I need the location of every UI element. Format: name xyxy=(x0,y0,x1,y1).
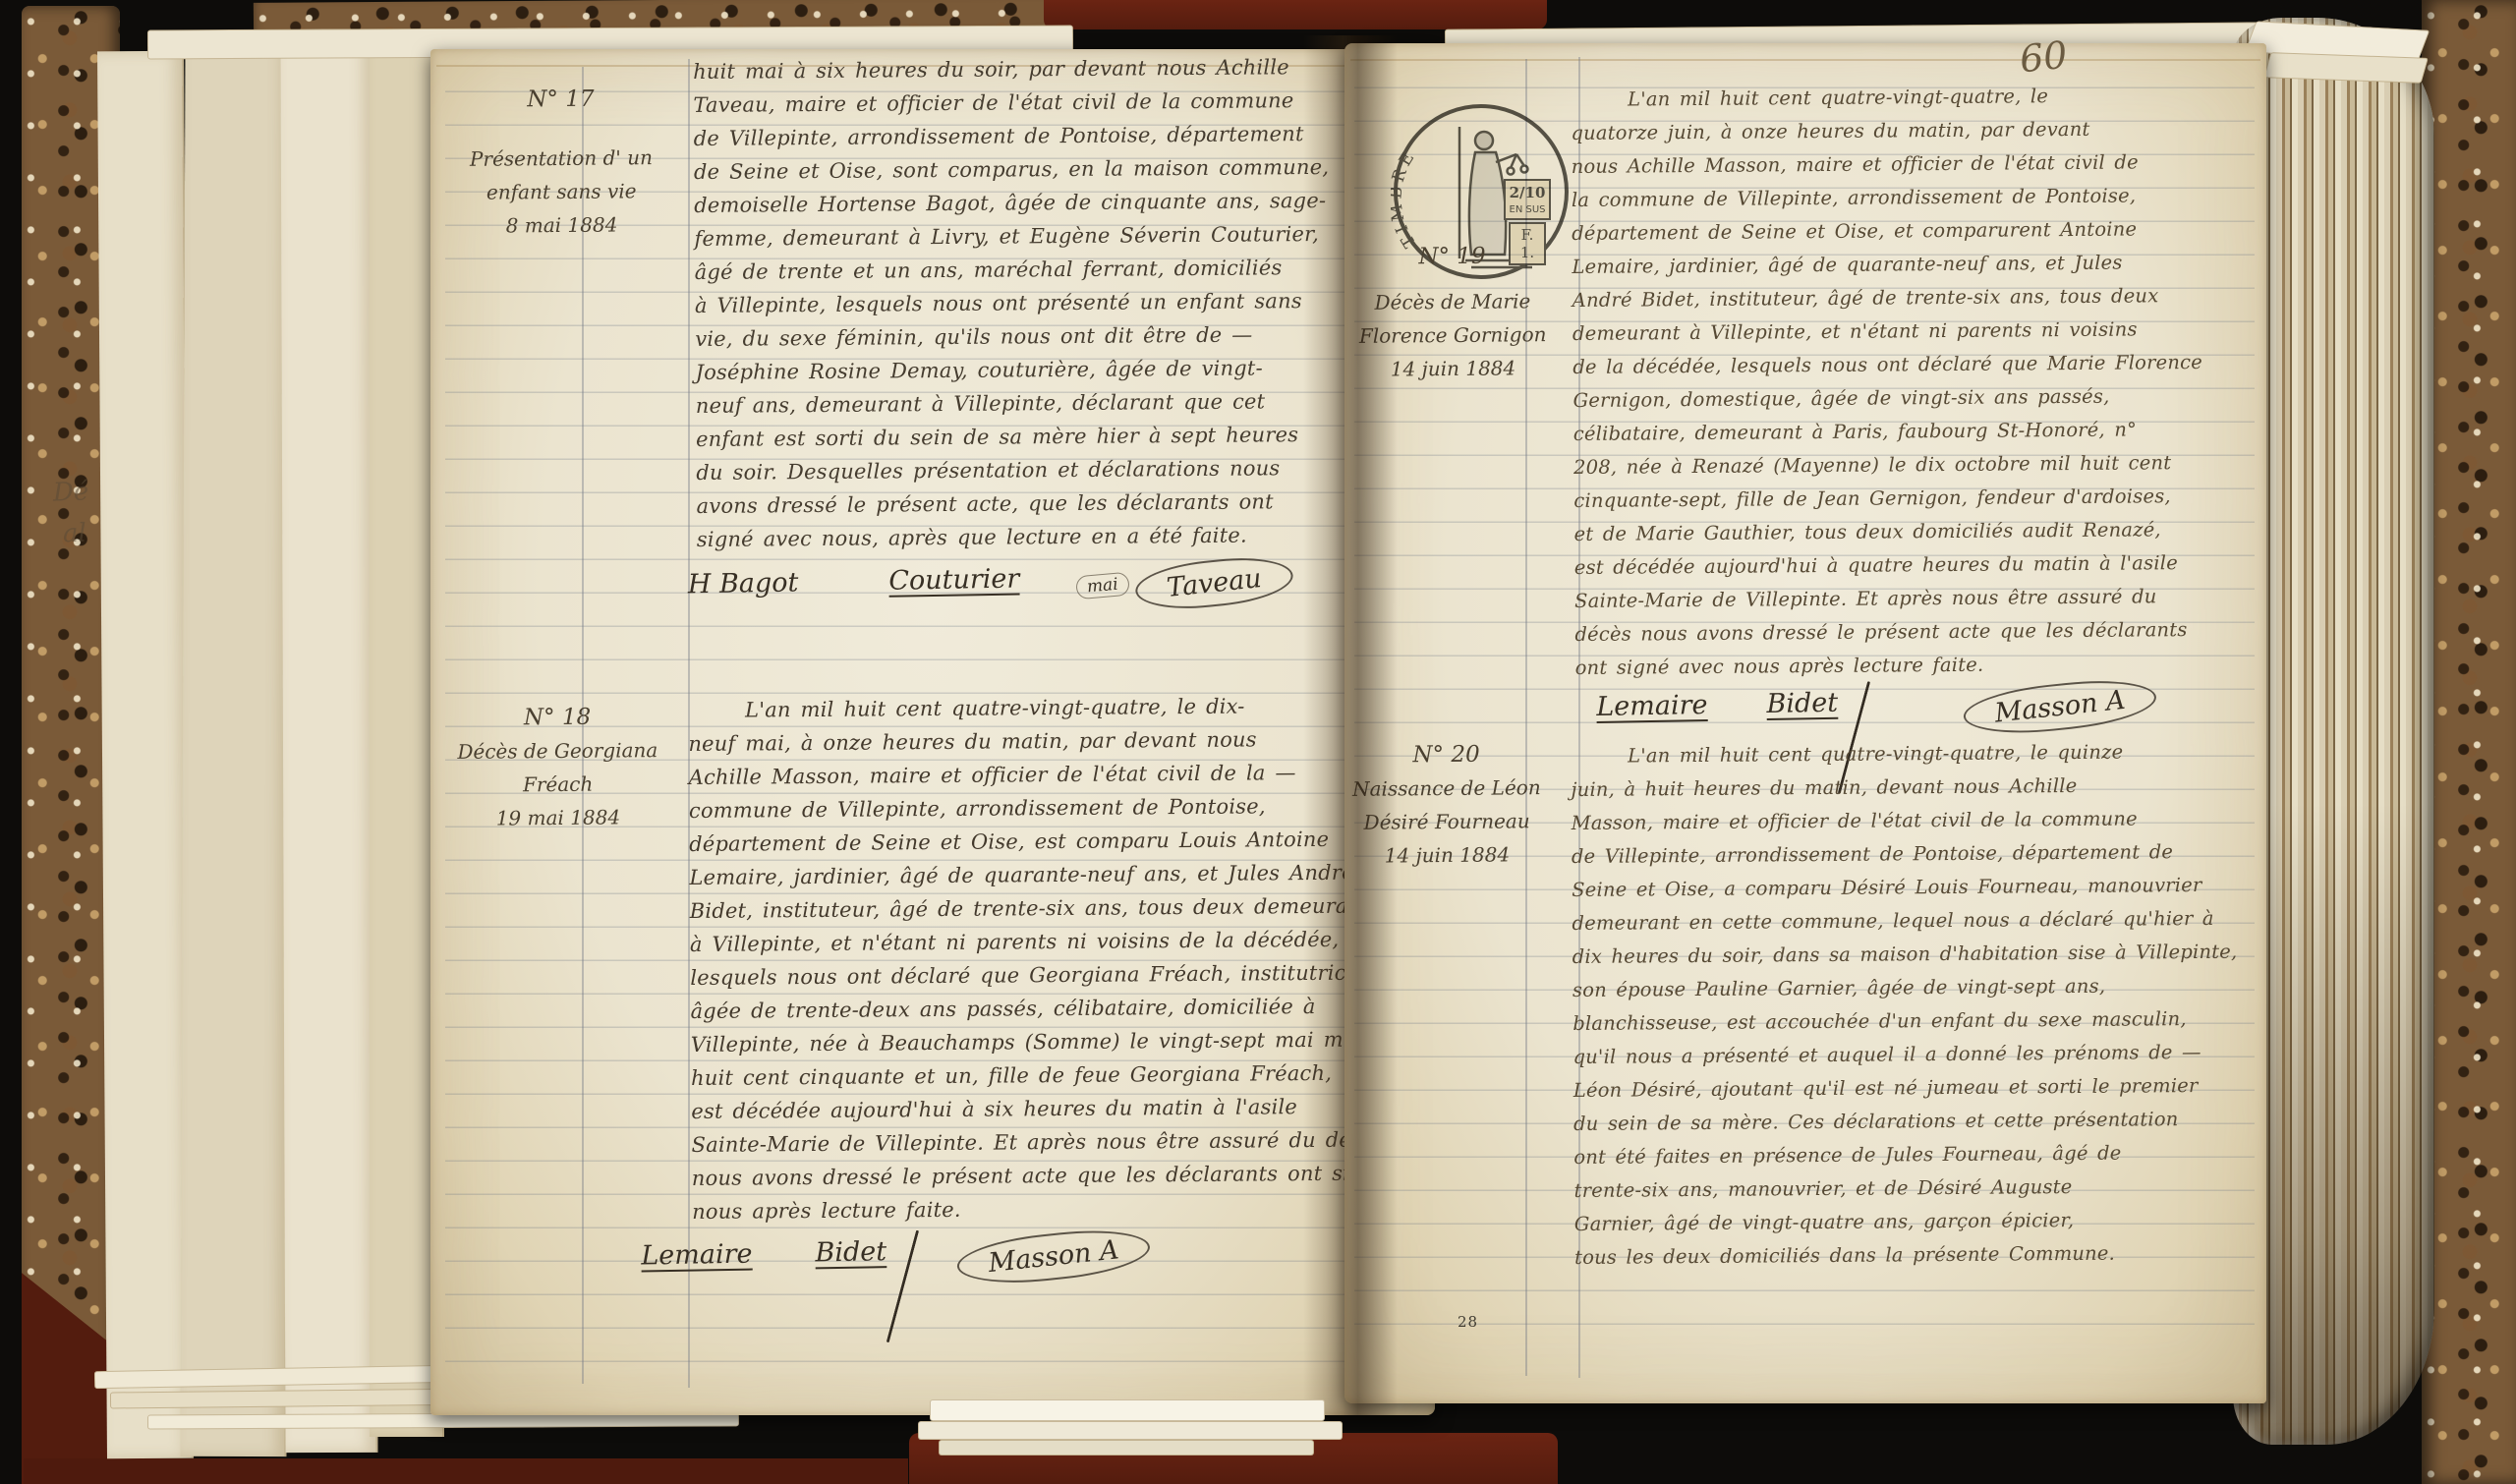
text-line: Léon Désiré, ajoutant qu'il est né jumea… xyxy=(1573,1069,2239,1108)
text-line: blanchisseuse, est accouchée d'un enfant… xyxy=(1572,1002,2238,1041)
text-line: quatorze juin, à onze heures du matin, p… xyxy=(1571,112,2201,150)
text-line: Taveau, maire et officier de l'état civi… xyxy=(693,84,1329,122)
text-line: célibataire, demeurant à Paris, faubourg… xyxy=(1573,413,2203,451)
gutter-shadow xyxy=(1303,35,1398,1415)
text-line: Seine et Oise, a comparu Désiré Louis Fo… xyxy=(1572,869,2237,907)
act-18-signatures: Lemaire Bidet Masson A xyxy=(641,1231,1152,1348)
text-line: juin, à huit heures du matin, devant nou… xyxy=(1571,769,2236,807)
text-line: son épouse Pauline Garnier, âgée de ving… xyxy=(1572,969,2238,1007)
text-line: qu'il nous a présenté et auquel il a don… xyxy=(1572,1036,2238,1074)
text-line: Sainte-Marie de Villepinte. Et après nou… xyxy=(1574,580,2204,618)
text-line: femme, demeurant à Livry, et Eugène Séve… xyxy=(694,217,1330,256)
text-line: du soir. Desquelles présentation et décl… xyxy=(696,451,1332,489)
act-margin-lines: Décès de GeorgianaFréach19 mai 1884 xyxy=(432,733,684,835)
text-line: et de Marie Gauthier, tous deux domicili… xyxy=(1573,513,2203,551)
text-line: dix heures du soir, dans sa maison d'hab… xyxy=(1572,936,2238,974)
text-line: à Villepinte, lesquels nous ont présenté… xyxy=(695,284,1331,322)
folio-number: 60 xyxy=(2018,33,2070,82)
text-line: Fréach xyxy=(432,767,683,802)
signature-couturier: Couturier xyxy=(888,563,1020,596)
act-20-body: L'an mil huit cent quatre-vingt-quatre, … xyxy=(1571,735,2240,1275)
text-line: demeurant en cette commune, lequel nous … xyxy=(1572,902,2237,941)
act-number: N° 17 xyxy=(437,82,683,117)
text-line: 19 mai 1884 xyxy=(432,800,683,835)
svg-text:EN SUS: EN SUS xyxy=(1510,204,1546,215)
sheet-edge-bottom xyxy=(930,1399,1325,1421)
text-line: âgé de trente et un ans, maréchal ferran… xyxy=(695,251,1331,289)
text-line: Masson, maire et officier de l'état civi… xyxy=(1572,802,2237,840)
text-line: du sein de sa mère. Ces déclarations et … xyxy=(1573,1103,2239,1141)
sheet-number: 28 xyxy=(1458,1313,1478,1331)
text-line: de Villepinte, arrondissement de Pontois… xyxy=(694,117,1330,155)
text-line: huit mai à six heures du soir, par devan… xyxy=(693,50,1329,88)
text-line: est décédée aujourd'hui à quatre heures … xyxy=(1574,546,2204,585)
right-page: 60 TIMBRE 2/10 xyxy=(1344,43,2266,1403)
page-stack-edge xyxy=(97,51,194,1459)
registry-book-photo: Dé al N° 17 Présentation d' unenfant san… xyxy=(0,0,2516,1484)
signature-lemaire: Lemaire xyxy=(1596,690,1708,722)
signature-bidet: Bidet xyxy=(815,1236,886,1268)
text-line: Garnier, âgé de vingt-quatre ans, garçon… xyxy=(1574,1203,2240,1241)
text-line: Gernigon, domestique, âgée de vingt-six … xyxy=(1572,379,2202,418)
text-line: enfant sans vie xyxy=(438,174,684,209)
text-line: 8 mai 1884 xyxy=(438,207,684,243)
signature-bidet: Bidet xyxy=(1766,688,1838,719)
text-line: signé avec nous, après que lecture en a … xyxy=(697,518,1333,556)
marbled-cover-right xyxy=(2422,0,2516,1484)
page-stack-edge xyxy=(180,43,291,1456)
signature-bagot: H Bagot xyxy=(688,567,799,599)
text-line: enfant est sorti du sein de sa mère hier… xyxy=(696,418,1332,456)
text-line: ont été faites en présence de Jules Four… xyxy=(1573,1136,2239,1174)
pen-flourish xyxy=(886,1230,918,1343)
text-line: Présentation d' un xyxy=(438,141,684,176)
text-line: trente-six ans, manouvrier, et de Désiré… xyxy=(1573,1170,2239,1208)
text-line: demoiselle Hortense Bagot, âgée de cinqu… xyxy=(694,184,1330,222)
text-line: département de Seine et Oise, et comparu… xyxy=(1572,212,2201,251)
text-line: de la décédée, lesquels nous ont déclaré… xyxy=(1572,346,2202,384)
signature-lemaire: Lemaire xyxy=(641,1239,753,1272)
page-stack-edge xyxy=(280,37,377,1453)
corner-page-flap xyxy=(2263,52,2429,84)
text-line: ont signé avec nous après lecture faite. xyxy=(1575,647,2205,685)
text-line: avons dressé le présent acte, que les dé… xyxy=(696,485,1332,523)
left-page: N° 17 Présentation d' unenfant sans vie8… xyxy=(430,49,1435,1415)
edge-text-fragment: al xyxy=(62,519,86,549)
sheet-edge-bottom xyxy=(918,1421,1343,1440)
edge-text-fragment: Dé xyxy=(52,477,88,507)
text-line: nous Achille Masson, maire et officier d… xyxy=(1572,145,2201,184)
spine-top xyxy=(1044,0,1547,29)
signature-note-mai: mai xyxy=(1075,571,1130,599)
act-margin-lines: Présentation d' unenfant sans vie8 mai 1… xyxy=(438,141,685,243)
sheet-edge-bottom xyxy=(939,1440,1314,1455)
svg-text:2/10: 2/10 xyxy=(1510,184,1546,201)
act-19-body: L'an mil huit cent quatre-vingt-quatre, … xyxy=(1571,79,2204,685)
act-17-body: huit mai à six heures du soir, par devan… xyxy=(693,50,1332,556)
text-line: neuf ans, demeurant à Villepinte, déclar… xyxy=(696,384,1332,423)
text-line: tous les deux domiciliés dans la présent… xyxy=(1574,1236,2240,1275)
act-number: N° 18 xyxy=(431,700,682,735)
text-line: la commune de Villepinte, arrondissement… xyxy=(1572,179,2201,217)
text-line: Joséphine Rosine Demay, couturière, âgée… xyxy=(695,351,1331,389)
text-line: de Seine et Oise, sont comparus, en la m… xyxy=(694,150,1330,189)
text-line: André Bidet, instituteur, âgé de trente-… xyxy=(1572,279,2202,317)
text-line: demeurant à Villepinte, et n'étant ni pa… xyxy=(1572,313,2202,351)
cover-strip-bottom xyxy=(24,1458,908,1484)
signature-taveau: Taveau xyxy=(1133,552,1295,615)
text-line: Décès de Georgiana xyxy=(432,733,683,769)
act-17-margin-note: N° 17 Présentation d' unenfant sans vie8… xyxy=(437,82,684,243)
text-line: vie, du sexe féminin, qu'ils nous ont di… xyxy=(695,317,1331,356)
stamp-rate-tablet: 2/10 EN SUS xyxy=(1505,180,1550,219)
act-18-margin-note: N° 18 Décès de GeorgianaFréach19 mai 188… xyxy=(431,700,683,835)
text-line: cinquante-sept, fille de Jean Gernigon, … xyxy=(1573,480,2203,518)
text-line: L'an mil huit cent quatre-vingt-quatre, … xyxy=(1571,79,2201,117)
text-line: 208, née à Renazé (Mayenne) le dix octob… xyxy=(1573,446,2203,485)
text-line: de Villepinte, arrondissement de Pontois… xyxy=(1572,835,2237,874)
text-line: Lemaire, jardinier, âgé de quarante-neuf… xyxy=(1572,246,2201,284)
text-line: L'an mil huit cent quatre-vingt-quatre, … xyxy=(1571,735,2236,773)
text-line: décès nous avons dressé le présent acte … xyxy=(1574,613,2204,652)
act-17-signatures: H Bagot Couturier mai Taveau xyxy=(688,559,1294,616)
